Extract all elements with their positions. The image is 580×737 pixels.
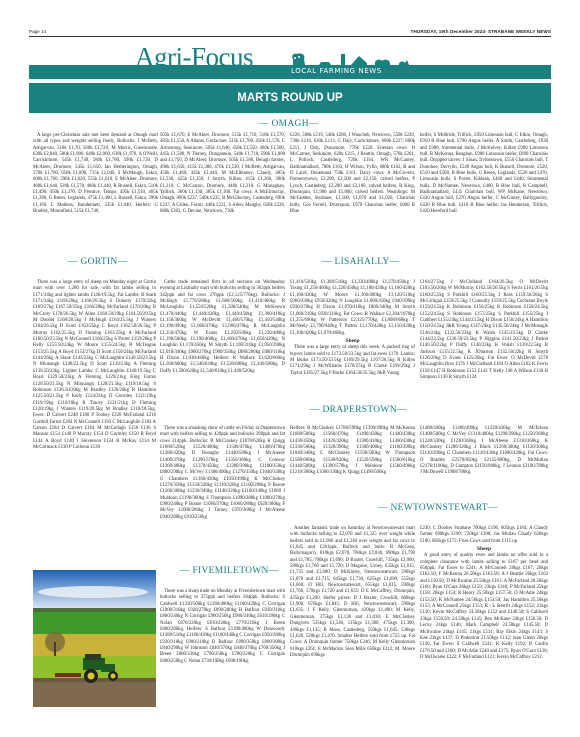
newtownstewart-heading: — NEWTOWNSTEWART— [378,503,498,513]
tractor-field-image [33,570,156,707]
fivemiletown-column: There was a sharp trade on Monday at Fiv… [160,589,285,665]
page-header: Page 14 THURSDAY, 19th December 2024- ST… [29,27,551,37]
draperstown-text-1: There was a smashing show of cattle on F… [160,426,285,521]
newtownstewart-column-2: £230; C Dooher Strabane 700kgs £196, 605… [420,526,548,661]
lisahally-sheep-heading: Sheep [290,338,415,344]
draperstown-heading: — DRAPERSTOWN— [310,405,407,415]
draperstown-column-1: There was a smashing show of cattle on F… [160,426,285,521]
newtownstewart-sheep-heading: Sheep [420,546,548,552]
fivemiletown-heading: — FIVEMILETOWN— [180,566,279,576]
gortin-heading: — GORTIN— [68,257,127,267]
lisahally-heading: — LISAHALLY— [322,257,399,267]
draperstown-column-3: £1480/440kg £1400/490kg £1320/430kg M Mc… [420,426,548,477]
omagh-column-2: 505k £1,670, E McAleer, Dromore, 515k £1… [160,133,285,215]
omagh-column-1: A large pre-Christmas sale met keen dema… [33,133,158,215]
newtownstewart-sheep-text: A good entry of quality ewes and lambs o… [420,553,548,661]
omagh-text-2: 505k £1,670, E McAleer, Dromore, 515k £1… [160,133,285,215]
tagline: LOCAL FARMING NEWS [291,67,382,75]
lisahally-text-2: £1,410/530kg £1,380/510kg £1,330/490kg £… [290,280,415,337]
omagh-column-3: £228, 580k £219, 540k £208, J Waucheb, N… [290,133,415,215]
lisahally-column-2: £1,410/530kg £1,380/510kg £1,330/490kg £… [290,280,415,377]
page-number: Page 14 [29,29,46,34]
lisahally-column-1: Cattle trade remained firm in all sectio… [160,280,285,375]
agri-focus-logo: Agri-Focus [135,44,253,71]
draperstown-text-2: Heifers: B McCloskey £1780/590kg £1390/4… [290,426,415,477]
masthead: Agri-Focus LOCAL FARMING NEWS [29,42,551,80]
omagh-text-3: £228, 580k £219, 540k £208, J Waucheb, N… [290,133,415,215]
gortin-text: There was a large entry of sheep on Mond… [33,280,156,451]
farm-skyline-icon [279,50,424,67]
gortin-column: There was a large entry of sheep on Mond… [33,280,156,451]
tractor-in-field-photo [33,570,156,707]
fivemiletown-text: There was a sharp trade on Monday at Fiv… [160,589,285,665]
lisahally-column-3: £164/27.5kg J McClelland £164/26.5kg O M… [420,280,548,382]
lisahally-sheep-text: There was a large entry of sheep this we… [290,345,415,377]
newtownstewart-text-2: £230; C Dooher Strabane 700kgs £196, 605… [420,526,548,545]
lisahally-text-3: £164/27.5kg J McClelland £164/26.5kg O M… [420,280,548,382]
draperstown-column-2: Heifers: B McCloskey £1780/590kg £1390/4… [290,426,415,477]
omagh-text-1: A large pre-Christmas sale met keen dema… [33,133,158,215]
dateline: THURSDAY, 19th December 2024- STRABANE W… [411,29,551,34]
draperstown-text-3: £1480/440kg £1400/490kg £1320/430kg M Mc… [420,426,548,477]
newtownstewart-text-1: Another fantastic trade on Saturday at N… [290,526,415,659]
newtownstewart-column-1: Another fantastic trade on Saturday at N… [290,526,415,659]
section-title-bar: MARTS ROUND UP [29,83,551,113]
omagh-column-4: heifer, S McBride, Trillick, £950 Limous… [420,133,548,215]
masthead-bar [29,65,551,79]
lisahally-text-1: Cattle trade remained firm in all sectio… [160,280,285,375]
omagh-text-4: heifer, S McBride, Trillick, £950 Limous… [420,133,548,215]
omagh-heading: — OMAGH— [259,119,319,129]
